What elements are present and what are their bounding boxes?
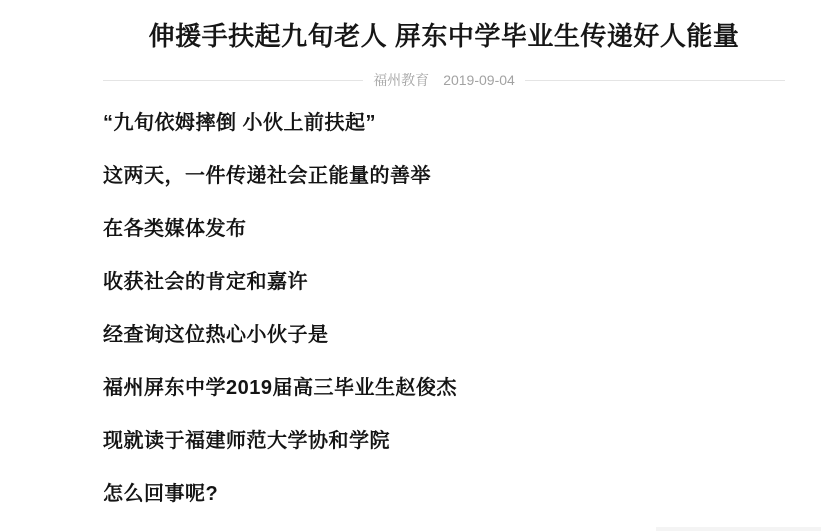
bottom-edge-strip xyxy=(656,527,821,531)
article-paragraph: 现就读于福建师范大学协和学院 xyxy=(103,428,785,455)
article-paragraph: 经查询这位热心小伙子是 xyxy=(103,322,785,349)
article-paragraph: 这两天，一件传递社会正能量的善举 xyxy=(103,163,785,190)
article-paragraph: “九旬依姆摔倒 小伙上前扶起” xyxy=(103,110,785,137)
byline-row: 福州教育 2019-09-04 xyxy=(103,70,785,90)
byline-divider-right xyxy=(525,80,785,81)
byline-source: 福州教育 xyxy=(373,70,429,90)
article-paragraph: 收获社会的肯定和嘉许 xyxy=(103,269,785,296)
byline-date: 2019-09-04 xyxy=(443,70,515,90)
article-container: 伸援手扶起九旬老人 屏东中学毕业生传递好人能量 福州教育 2019-09-04 … xyxy=(103,0,785,508)
article-title: 伸援手扶起九旬老人 屏东中学毕业生传递好人能量 xyxy=(103,0,785,53)
article-paragraph: 福州屏东中学2019届高三毕业生赵俊杰 xyxy=(103,375,785,402)
article-page: 伸援手扶起九旬老人 屏东中学毕业生传递好人能量 福州教育 2019-09-04 … xyxy=(0,0,821,531)
byline-text: 福州教育 2019-09-04 xyxy=(363,70,525,90)
article-paragraph: 怎么回事呢? xyxy=(103,481,785,508)
article-body: “九旬依姆摔倒 小伙上前扶起” 这两天，一件传递社会正能量的善举 在各类媒体发布… xyxy=(103,110,785,508)
byline-divider-left xyxy=(103,80,363,81)
article-paragraph: 在各类媒体发布 xyxy=(103,216,785,243)
